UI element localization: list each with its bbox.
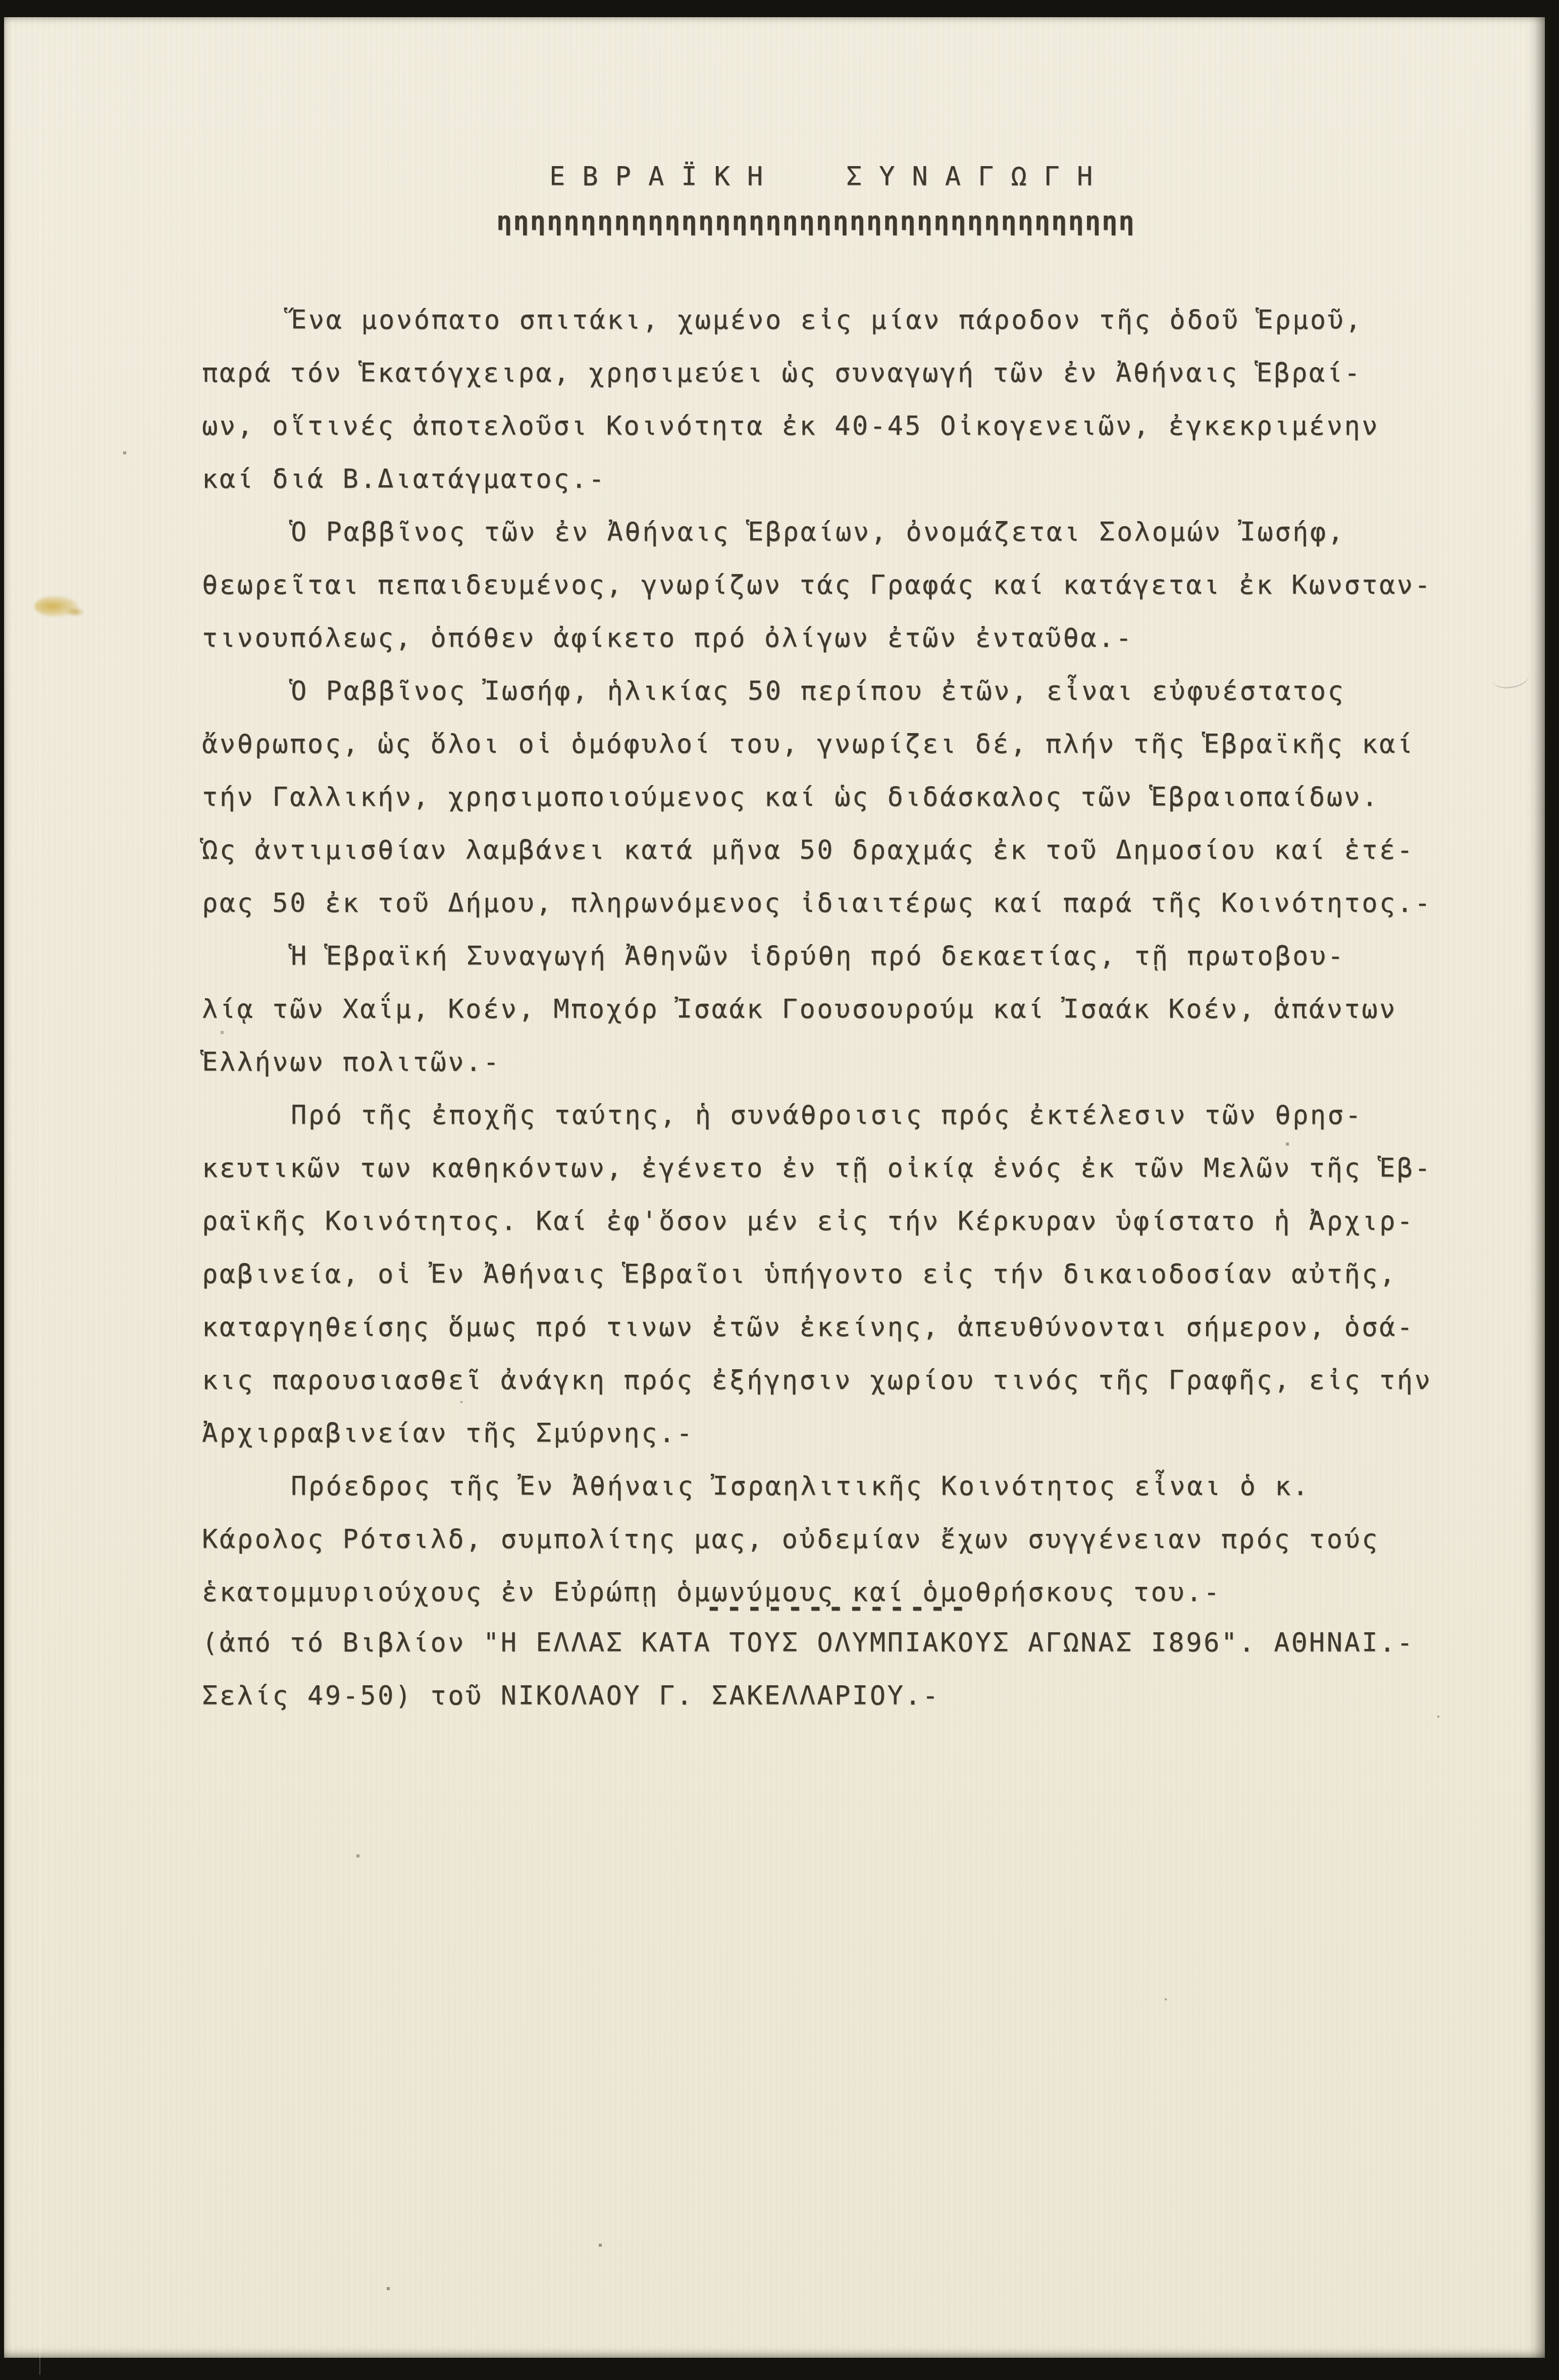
source-citation-line: (ἀπό τό Βιβλίον "Η ΕΛΛΑΣ ΚΑΤΑ ΤΟΥΣ ΟΛΥΜΠ… <box>202 1617 1494 1670</box>
document-body: Ἕνα μονόπατο σπιτάκι, χωμένο εἰς μίαν πά… <box>202 294 1494 1619</box>
document-line: Πρόεδρος τῆς Ἐν Ἀθήναις Ἰσραηλιτικῆς Κοι… <box>202 1460 1494 1513</box>
source-citation-line: Σελίς 49-50) τοῦ ΝΙΚΟΛΑΟΥ Γ. ΣΑΚΕΛΛΑΡΙΟΥ… <box>202 1670 1494 1723</box>
document-line: Κάρολος Ρότσιλδ, συμπολίτης μας, οὐδεμία… <box>202 1513 1494 1566</box>
document-line: ων, οἵτινές ἀποτελοῦσι Κοινότητα ἐκ 40-4… <box>202 400 1494 453</box>
document-line: Ἕνα μονόπατο σπιτάκι, χωμένο εἰς μίαν πά… <box>202 294 1494 347</box>
scanned-document: { "document": { "title": "ΕΒΡΑΪΚΗ ΣΥΝΑΓΩ… <box>0 0 1559 2380</box>
document-line: ἄνθρωπος, ὡς ὅλοι οἱ ὁμόφυλοί του, γνωρί… <box>202 718 1494 771</box>
document-line: λίᾳ τῶν Χαΐμ, Κοέν, Μποχόρ Ἰσαάκ Γοουσου… <box>202 983 1494 1036</box>
margin-pencil-mark <box>1491 666 1530 691</box>
document-line: Ἡ Ἑβραϊκή Συναγωγή Ἀθηνῶν ἱδρύθη πρό δεκ… <box>202 930 1494 983</box>
document-line: Ἀρχιρραβινείαν τῆς Σμύρνης.- <box>202 1407 1494 1460</box>
document-line: κις παρουσιασθεῖ ἀνάγκη πρός ἐξήγησιν χω… <box>202 1354 1494 1407</box>
document-line: θεωρεῖται πεπαιδευμένος, γνωρίζων τάς Γρ… <box>202 559 1494 612</box>
document-line: καί διά Β.Διατάγματος.- <box>202 453 1494 506</box>
document-line: Ὁ Ραββῖνος τῶν ἐν Ἀθήναις Ἑβραίων, ὀνομά… <box>202 506 1494 559</box>
document-line: ραϊκῆς Κοινότητος. Καί ἐφ'ὅσον μέν εἰς τ… <box>202 1195 1494 1248</box>
document-line: Ὁ Ραββῖνος Ἰωσήφ, ἡλικίας 50 περίπου ἐτῶ… <box>202 665 1494 718</box>
document-line: Ἑλλήνων πολιτῶν.- <box>202 1036 1494 1089</box>
document-line: καταργηθείσης ὅμως πρό τινων ἐτῶν ἐκείνη… <box>202 1301 1494 1354</box>
title-underline: ηηηηηηηηηηηηηηηηηηηηηηηηηηηηηηηηηηηηηη <box>496 206 1135 236</box>
document-footer: (ἀπό τό Βιβλίον "Η ΕΛΛΑΣ ΚΑΤΑ ΤΟΥΣ ΟΛΥΜΠ… <box>202 1617 1494 1723</box>
paper-stain-small <box>66 607 85 617</box>
document-line: ραβινεία, οἱ Ἐν Ἀθήναις Ἑβραῖοι ὑπήγοντο… <box>202 1248 1494 1301</box>
document-line: Ὡς ἀντιμισθίαν λαμβάνει κατά μῆνα 50 δρα… <box>202 824 1494 877</box>
scan-specks <box>4 17 5 18</box>
document-line: τινουπόλεως, ὁπόθεν ἀφίκετο πρό ὀλίγων ἐ… <box>202 612 1494 665</box>
document-line: Πρό τῆς ἐποχῆς ταύτης, ἡ συνάθροισις πρό… <box>202 1089 1494 1142</box>
document-line: κευτικῶν των καθηκόντων, ἐγένετο ἐν τῇ ο… <box>202 1142 1494 1195</box>
document-title: ΕΒΡΑΪΚΗ ΣΥΝΑΓΩΓΗ <box>549 162 1110 192</box>
paper-crease <box>39 34 40 2375</box>
document-line: τήν Γαλλικήν, χρησιμοποιούμενος καί ὡς δ… <box>202 771 1494 824</box>
document-line: ρας 50 ἐκ τοῦ Δήμου, πληρωνόμενος ἰδιαιτ… <box>202 877 1494 930</box>
document-line: παρά τόν Ἑκατόγχειρα, χρησιμεύει ὡς συνα… <box>202 347 1494 400</box>
document-page: ΕΒΡΑΪΚΗ ΣΥΝΑΓΩΓΗ ηηηηηηηηηηηηηηηηηηηηηηη… <box>4 17 1545 2358</box>
